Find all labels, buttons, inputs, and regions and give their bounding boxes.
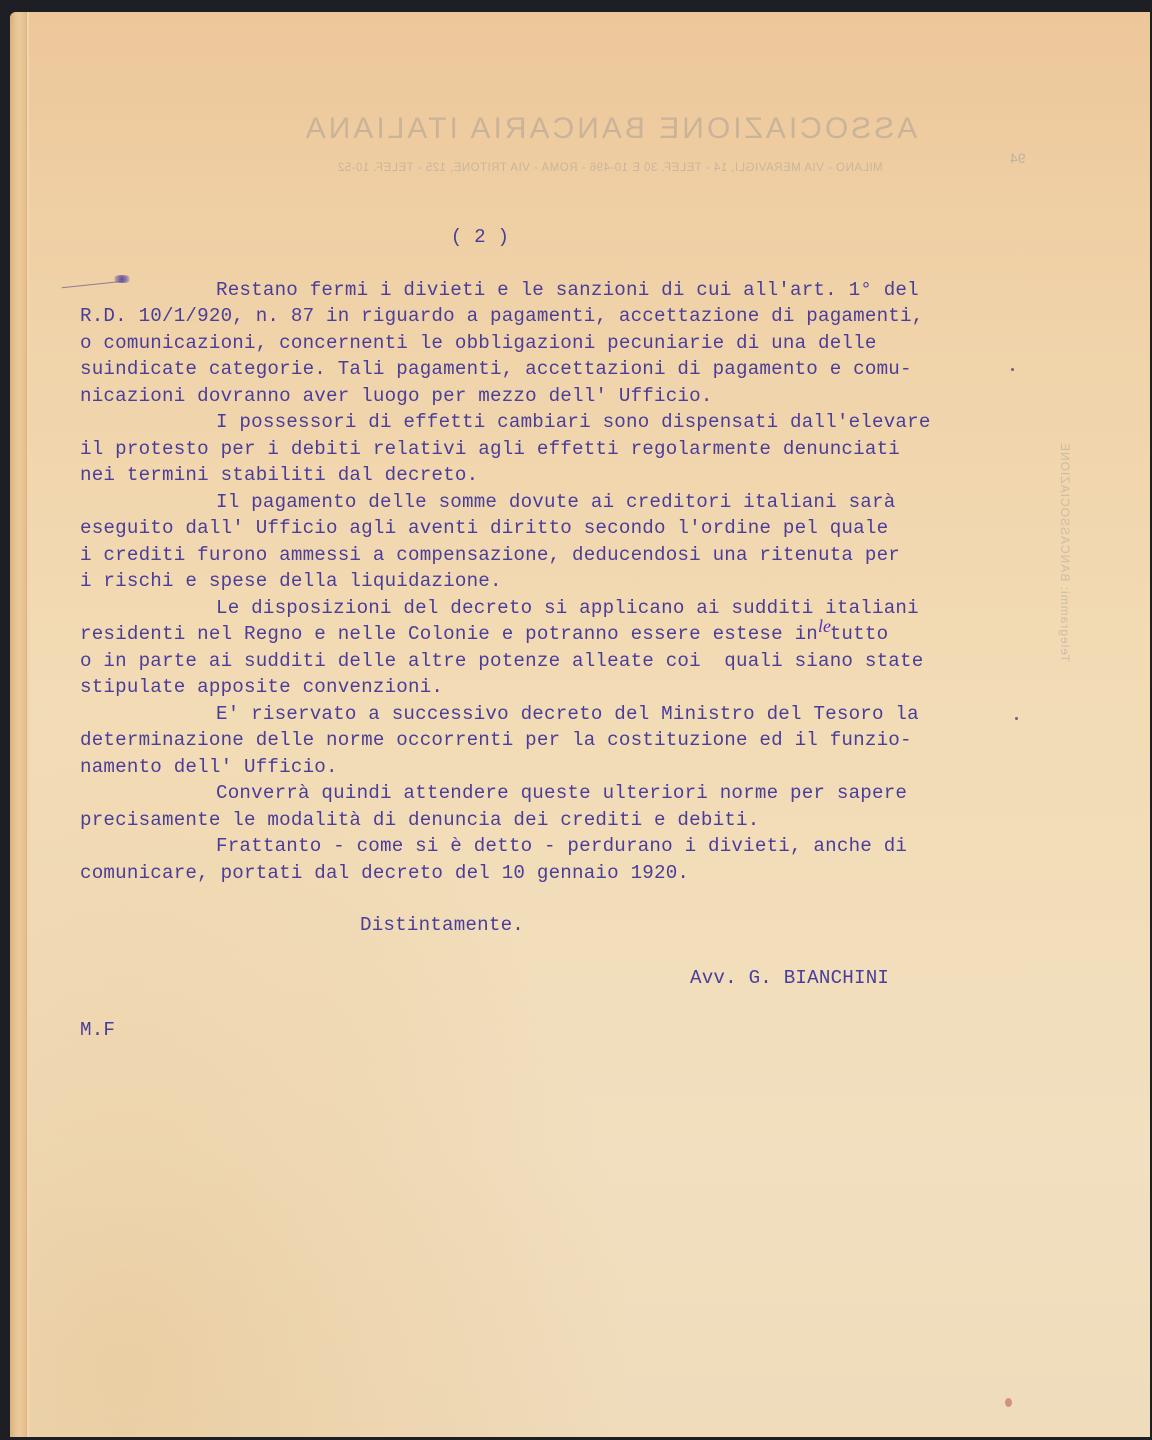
text-line: il protesto per i debiti relativi agli e…	[80, 436, 1080, 463]
text-line: Il pagamento delle somme dovute ai credi…	[80, 489, 1080, 516]
text-line: R.D. 10/1/920, n. 87 in riguardo a pagam…	[80, 303, 1080, 330]
text-line: precisamente le modalità di denuncia dei…	[80, 807, 1080, 834]
paragraph-5: E' riservato a successivo decreto del Mi…	[80, 701, 1080, 781]
text-line: o in parte ai sudditi delle altre potenz…	[80, 648, 1080, 675]
signature: Avv. G. BIANCHINI	[80, 965, 1080, 992]
text-line: Converrà quindi attendere queste ulterio…	[80, 780, 1080, 807]
typed-letter-body: ( 2 ) Restano fermi i divieti e le sanzi…	[80, 224, 1080, 1044]
text-line: stipulate apposite convenzioni.	[80, 674, 1080, 701]
page-mark: ( 2 )	[80, 224, 870, 251]
paragraph-4: Le disposizioni del decreto si applicano…	[80, 595, 1080, 701]
text-line: Frattanto - come si è detto - perdurano …	[80, 833, 1080, 860]
text-line: Restano fermi i divieti e le sanzioni di…	[80, 277, 1080, 304]
document-page: ASSOCIAZIONE BANCARIA ITALIANA MILANO - …	[10, 12, 1150, 1437]
text-line: namento dell' Ufficio.	[80, 754, 1080, 781]
text-line: i rischi e spese della liquidazione.	[80, 568, 1080, 595]
text-line: E' riservato a successivo decreto del Mi…	[80, 701, 1080, 728]
text-line: I possessori di effetti cambiari sono di…	[80, 409, 1080, 436]
letterhead-bleedthrough-title: ASSOCIAZIONE BANCARIA ITALIANA	[250, 112, 970, 146]
paragraph-1: Restano fermi i divieti e le sanzioni di…	[80, 277, 1080, 410]
stain-spot	[1005, 1398, 1012, 1407]
text-line: eseguito dall' Ufficio agli aventi dirit…	[80, 515, 1080, 542]
text-line: residenti nel Regno e nelle Colonie e po…	[80, 621, 1080, 648]
typist-initials: M.F	[80, 1017, 1080, 1044]
text-line: nicazioni dovranno aver luogo per mezzo …	[80, 383, 1080, 410]
text-line: o comunicazioni, concernenti le obbligaz…	[80, 330, 1080, 357]
paragraph-7: Frattanto - come si è detto - perdurano …	[80, 833, 1080, 886]
paragraph-6: Converrà quindi attendere queste ulterio…	[80, 780, 1080, 833]
closing-salutation: Distintamente.	[80, 912, 1080, 939]
letterhead-bleedthrough-address: MILANO - VIA MERAVIGLI, 14 - TELEF. 30 E…	[250, 162, 970, 174]
text-line: Le disposizioni del decreto si applicano…	[80, 595, 1080, 622]
paragraph-3: Il pagamento delle somme dovute ai credi…	[80, 489, 1080, 595]
page-stack-edge-highlight	[27, 12, 29, 1437]
page-number-bleedthrough: 94	[1010, 150, 1026, 166]
page-stack-edge	[10, 12, 27, 1437]
text-line: i crediti furono ammessi a compensazione…	[80, 542, 1080, 569]
paragraph-2: I possessori di effetti cambiari sono di…	[80, 409, 1080, 489]
text-line: suindicate categorie. Tali pagamenti, ac…	[80, 356, 1080, 383]
text-line: comunicare, portati dal decreto del 10 g…	[80, 860, 1080, 887]
text-line: nei termini stabiliti dal decreto.	[80, 462, 1080, 489]
text-line: determinazione delle norme occorrenti pe…	[80, 727, 1080, 754]
